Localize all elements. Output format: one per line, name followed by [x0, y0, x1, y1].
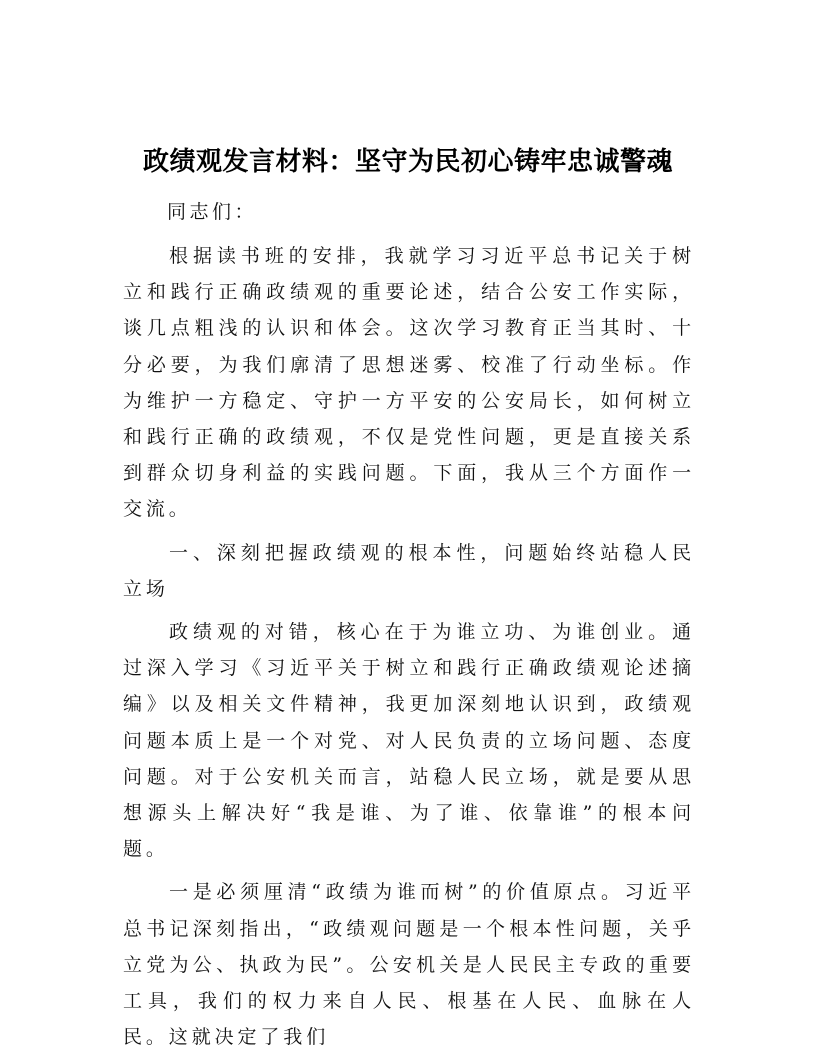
body-text: 根据读书班的安排，我就学习习近平总书记关于树立和践行正确政绩观的重要论述，结合公…	[123, 238, 695, 1055]
paragraph-intro: 根据读书班的安排，我就学习习近平总书记关于树立和践行正确政绩观的重要论述，结合公…	[123, 238, 695, 528]
document-page: 政绩观发言材料：坚守为民初心铸牢忠诚警魂 同志们： 根据读书班的安排，我就学习习…	[0, 0, 816, 1056]
paragraph-section-1: 政绩观的对错，核心在于为谁立功、为谁创业。通过深入学习《习近平关于树立和践行正确…	[123, 614, 695, 867]
section-heading-1: 一、深刻把握政绩观的根本性，问题始终站稳人民立场	[123, 535, 695, 607]
paragraph-point-1: 一是必须厘清“政绩为谁而树”的价值原点。习近平总书记深刻指出，“政绩观问题是一个…	[123, 874, 695, 1055]
document-title: 政绩观发言材料：坚守为民初心铸牢忠诚警魂	[0, 144, 816, 180]
greeting: 同志们：	[167, 194, 257, 230]
